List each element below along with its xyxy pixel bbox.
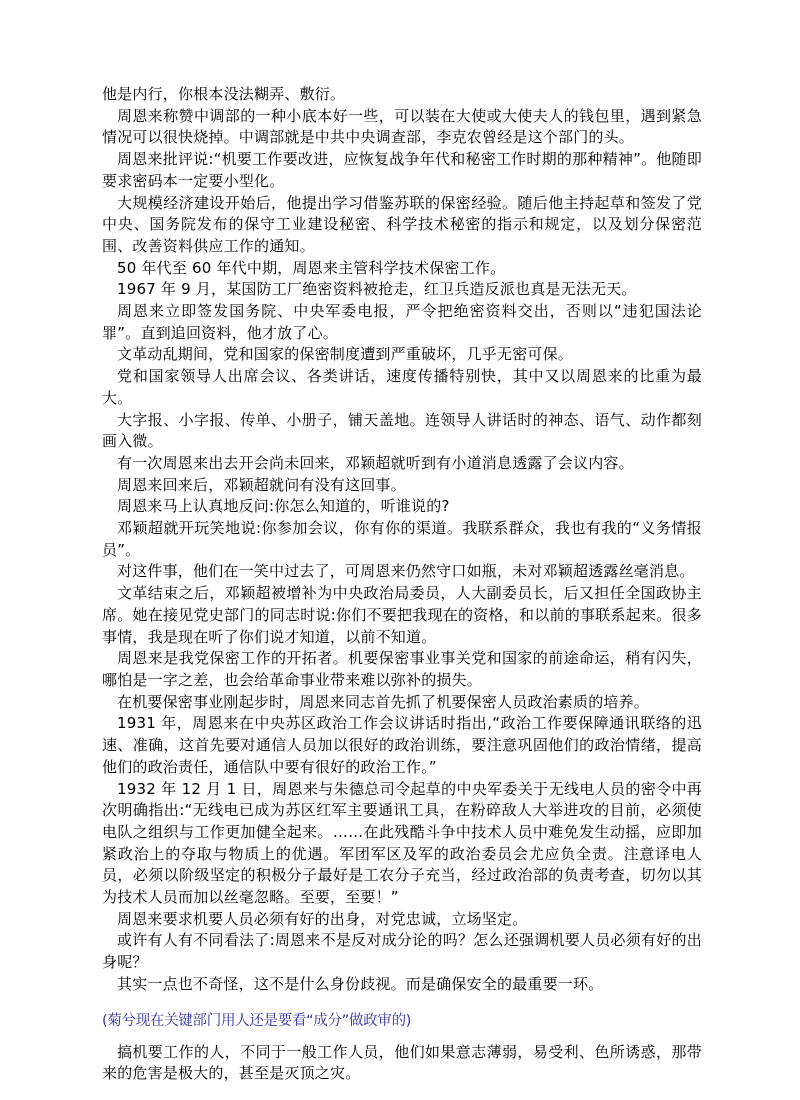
paragraph: 在机要保密事业刚起步时，周恩来同志首先抓了机要保密人员政治素质的培养。: [102, 692, 702, 714]
paragraph: 周恩来立即签发国务院、中央军委电报，严令把绝密资料交出，否则以“违犯国法论罪”。…: [102, 301, 702, 344]
paragraph: 周恩来是我党保密工作的开拓者。机要保密事业事关党和国家的前途命运，稍有闪失，哪怕…: [102, 648, 702, 691]
document-page: 他是内行，你根本没法糊弄、敷衍。周恩来称赞中调部的一种小底本好一些，可以装在大使…: [102, 84, 702, 1085]
paragraph: 周恩来要求机要人员必须有好的出身，对党忠诚，立场坚定。: [102, 909, 702, 931]
closing-paragraph: 搞机要工作的人，不同于一般工作人员，他们如果意志薄弱，易受利、色所诱惑，那带来的…: [102, 1042, 702, 1085]
paragraph: 文革结束之后，邓颖超被增补为中央政治局委员，人大副委员长，后又担任全国政协主席。…: [102, 583, 702, 648]
paragraph: 1932 年 12 月 1 日，周恩来与朱德总司令起草的中央军委关于无线电人员的…: [102, 779, 702, 909]
paragraph: 大规模经济建设开始后，他提出学习借鉴苏联的保密经验。随后他主持起草和签发了党中央…: [102, 193, 702, 258]
paragraph: 周恩来批评说:“机要工作要改进，应恢复战争年代和秘密工作时期的那种精神”。他随即…: [102, 149, 702, 192]
paragraph: 其实一点也不奇怪，这不是什么身份歧视。而是确保安全的最重要一环。: [102, 974, 702, 996]
paragraph: 1967 年 9 月，某国防工厂绝密资料被抢走，红卫兵造反派也真是无法无天。: [102, 279, 702, 301]
paragraph: 50 年代至 60 年代中期，周恩来主管科学技术保密工作。: [102, 258, 702, 280]
editor-note: (菊兮现在关键部门用人还是要看“成分”做政审的): [102, 1010, 702, 1032]
paragraph: 周恩来马上认真地反问:你怎么知道的，听谁说的?: [102, 496, 702, 518]
paragraph: 1931 年，周恩来在中央苏区政治工作会议讲话时指出,“政治工作要保障通讯联络的…: [102, 713, 702, 778]
paragraph: 邓颖超就开玩笑地说:你参加会议，你有你的渠道。我联系群众，我也有我的“义务情报员…: [102, 518, 702, 561]
paragraph: 周恩来回来后，邓颖超就问有没有这回事。: [102, 475, 702, 497]
paragraph: 他是内行，你根本没法糊弄、敷衍。: [102, 84, 702, 106]
paragraph: 文革动乱期间，党和国家的保密制度遭到严重破坏，几乎无密可保。: [102, 344, 702, 366]
paragraph-list: 他是内行，你根本没法糊弄、敷衍。周恩来称赞中调部的一种小底本好一些，可以装在大使…: [102, 84, 702, 996]
paragraph: 有一次周恩来出去开会尚未回来，邓颖超就听到有小道消息透露了会议内容。: [102, 453, 702, 475]
paragraph: 对这件事，他们在一笑中过去了，可周恩来仍然守口如瓶，未对邓颖超透露丝毫消息。: [102, 561, 702, 583]
paragraph: 或许有人有不同看法了:周恩来不是反对成分论的吗？怎么还强调机要人员必须有好的出身…: [102, 930, 702, 973]
paragraph: 党和国家领导人出席会议、各类讲话，速度传播特别快，其中又以周恩来的比重为最大。: [102, 366, 702, 409]
paragraph: 大字报、小字报、传单、小册子，铺天盖地。连领导人讲话时的神态、语气、动作都刻画入…: [102, 410, 702, 453]
paragraph: 周恩来称赞中调部的一种小底本好一些，可以装在大使或大使夫人的钱包里，遇到紧急情况…: [102, 106, 702, 149]
